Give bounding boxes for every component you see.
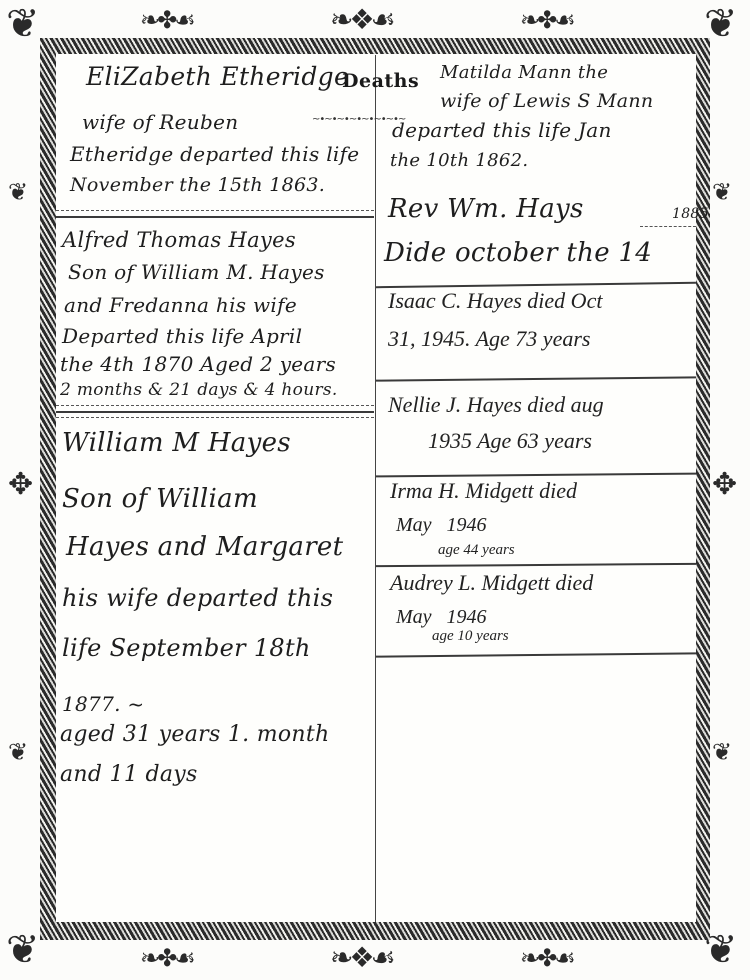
entry-line: May 1946	[396, 514, 487, 537]
entry-line: the 10th 1862.	[390, 150, 528, 171]
entry-line: Dide october the 14	[384, 238, 652, 268]
entry-line: the 4th 1870 Aged 2 years	[60, 352, 336, 376]
entry-line: Isaac C. Hayes died Oct	[388, 288, 602, 314]
bottom-right-flourish: ❧✤☙	[520, 946, 573, 970]
corner-flourish-top-left: ❦	[6, 4, 40, 44]
entry-line: Son of William	[62, 484, 258, 514]
corner-flourish-bottom-left: ❦	[6, 930, 40, 970]
entry-line: Alfred Thomas Hayes	[62, 228, 296, 252]
entry-divider	[56, 216, 374, 218]
entry-line: May 1946	[396, 606, 487, 629]
entry-line: Hayes and Margaret	[66, 532, 343, 562]
entry-line: life September 18th	[62, 634, 311, 662]
entry-divider	[56, 405, 374, 406]
entry-line: his wife departed this	[62, 584, 333, 612]
right-side-flourish: ❦	[712, 740, 732, 764]
entry-line: Audrey L. Midgett died	[390, 570, 593, 596]
entry-line: EliZabeth Etheridge	[86, 62, 349, 91]
entry-line: November the 15th 1863.	[70, 174, 325, 196]
entry-line: Matilda Mann the	[440, 62, 608, 83]
left-side-flourish: ✥	[8, 470, 33, 500]
entry-line: and 11 days	[60, 762, 198, 787]
entry-line: Rev Wm. Hays	[388, 194, 584, 224]
top-left-flourish: ❧✤☙	[140, 8, 193, 32]
entry-divider	[56, 411, 374, 413]
left-side-flourish: ❦	[8, 180, 28, 204]
entry-line: 31, 1945. Age 73 years	[388, 326, 590, 352]
top-right-flourish: ❧✤☙	[520, 8, 573, 32]
entry-line: and Fredanna his wife	[64, 293, 297, 317]
left-side-flourish: ❦	[8, 740, 28, 764]
top-center-flourish: ❧❖☙	[330, 6, 392, 34]
entry-line: wife of Reuben	[82, 110, 238, 134]
entry-line: Irma H. Midgett died	[390, 478, 577, 504]
entry-line: Son of William M. Hayes	[68, 260, 325, 284]
entry-line: 2 months & 21 days & 4 hours.	[60, 380, 338, 400]
entry-line: departed this life Jan	[392, 118, 612, 142]
family-record-page: ❦ ❦ ❦ ❦ ❧❖☙ ❧✤☙ ❧✤☙ ❧✤☙ ❧❖☙ ❧✤☙ ✥ ❦ ❦ ✥ …	[0, 0, 750, 980]
entry-line: 1935 Age 63 years	[428, 428, 592, 454]
entry-line: Departed this life April	[62, 324, 302, 348]
entry-line: Nellie J. Hayes died aug	[388, 392, 604, 418]
entry-line: 1877. ~	[62, 692, 144, 716]
entry-line: aged 31 years 1. month	[60, 722, 330, 747]
bottom-left-flourish: ❧✤☙	[140, 946, 193, 970]
column-divider	[375, 55, 376, 922]
entry-line: Etheridge departed this life	[70, 142, 359, 166]
entry-line: age 10 years	[432, 628, 509, 645]
entry-divider	[56, 417, 374, 418]
deaths-heading: Deaths	[342, 70, 419, 92]
entry-divider	[56, 210, 374, 211]
right-side-flourish: ✥	[712, 470, 737, 500]
entry-line: William M Hayes	[62, 428, 291, 458]
entry-line: wife of Lewis S Mann	[440, 90, 653, 112]
entry-line: age 44 years	[438, 542, 515, 559]
bottom-center-flourish: ❧❖☙	[330, 944, 392, 972]
year-note: 1885	[672, 206, 709, 222]
right-side-flourish: ❦	[712, 180, 732, 204]
entry-divider	[640, 226, 696, 227]
